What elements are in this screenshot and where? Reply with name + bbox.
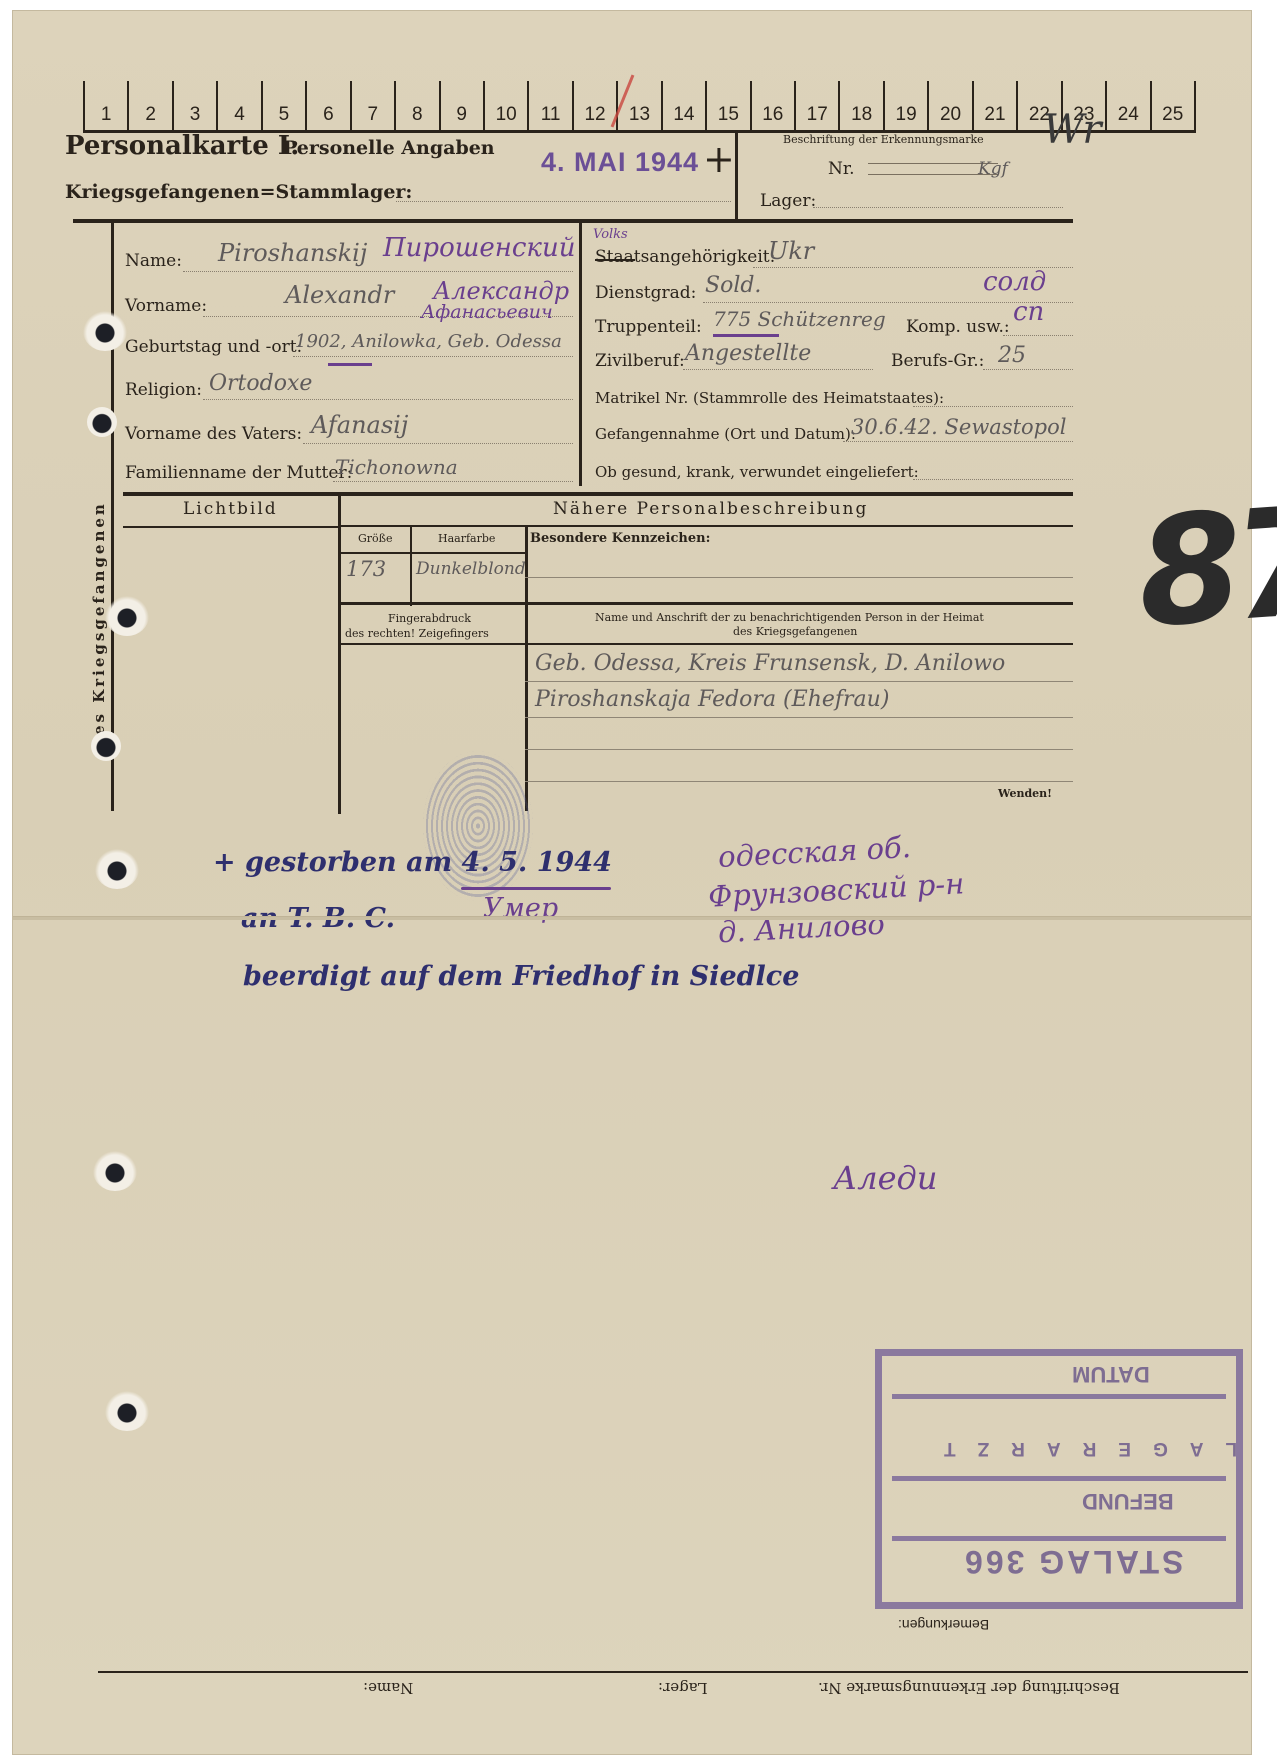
stamp-datum-text: DATUM <box>1072 1361 1150 1387</box>
strip-cell-10: 10 <box>483 81 527 130</box>
gefangennahme-label: Gefangennahme (Ort und Datum): <box>595 425 856 443</box>
berufsgr-label: Berufs-Gr.: <box>891 351 984 371</box>
large-handwritten-number: 87 <box>1132 475 1277 662</box>
nr-label: Nr. <box>828 159 855 179</box>
strip-cell-2: 2 <box>127 81 171 130</box>
contact-line-rule-3 <box>525 749 1073 750</box>
strip-cell-15: 15 <box>705 81 749 130</box>
strip-cell-20: 20 <box>927 81 971 130</box>
contact-line-1: Geb. Odessa, Kreis Frunsensk, D. Anilowo <box>535 651 1005 676</box>
geburt-label: Geburtstag und -ort: <box>125 337 302 357</box>
vater-dotted <box>303 443 573 444</box>
strip-cell-19: 19 <box>883 81 927 130</box>
address-cyrillic-1: одесская об. <box>717 830 911 874</box>
dienstgrad-cyrillic: солд <box>983 267 1046 297</box>
year-underline <box>328 363 372 366</box>
strip-cell-11: 11 <box>527 81 571 130</box>
strip-cell-21: 21 <box>972 81 1016 130</box>
footer-beschriftung-label: Beschriftung der Erkennungsmarke Nr. <box>818 1679 1120 1697</box>
contact-line-rule-4 <box>525 781 1073 782</box>
stamp-stalag: STALAG 366 <box>962 1542 1183 1580</box>
matrikel-dotted <box>913 406 1073 407</box>
contact-rule <box>338 643 1073 645</box>
strip-cell-13: 13 <box>616 81 660 130</box>
vater-value: Afanasij <box>311 411 408 439</box>
address-cyrillic-2: Фрунзовский р-н <box>707 866 965 913</box>
strip-cell-17: 17 <box>794 81 838 130</box>
truppenteil-underline <box>713 334 779 337</box>
punch-hole <box>95 849 139 889</box>
lichtbild-label: Lichtbild <box>183 499 278 519</box>
groesse-value: 173 <box>346 557 386 581</box>
patronymic-cyrillic: Афанасьевич <box>421 301 553 323</box>
death-line-2: an T. B. C. <box>241 903 395 934</box>
punch-hole <box>91 731 121 761</box>
vater-label: Vorname des Vaters: <box>125 424 302 444</box>
strip-cell-12: 12 <box>572 81 616 130</box>
komp-value: сп <box>1013 297 1044 327</box>
footer-name-label: Name: <box>363 1679 413 1697</box>
contact-line-rule-1 <box>525 681 1073 682</box>
religion-label: Religion: <box>125 380 202 400</box>
header-divider <box>735 133 738 219</box>
stamp-befund: BEFUND <box>1082 1488 1174 1514</box>
komp-dotted <box>1003 335 1073 336</box>
stammlager-label: Kriegsgefangenen=Stammlager: <box>65 181 412 203</box>
strip-cell-9: 9 <box>439 81 483 130</box>
strip-cell-8: 8 <box>394 81 438 130</box>
strip-cell-24: 24 <box>1105 81 1149 130</box>
haarfarbe-value: Dunkelblond <box>416 559 526 579</box>
footer-lager-label: Lager: <box>658 1679 708 1697</box>
vorname-value: Alexandr <box>285 281 394 309</box>
stamp-datum: DATUM <box>1072 1361 1150 1387</box>
religion-value: Ortodoxe <box>209 371 312 396</box>
mutter-value: Tichonowna <box>335 455 458 479</box>
name-label: Name: <box>125 251 182 271</box>
berufsgr-dotted <box>983 369 1073 370</box>
contact-label-2: des Kriegsgefangenen <box>733 625 857 638</box>
lichtbild-rule <box>123 526 338 528</box>
strip-cell-16: 16 <box>750 81 794 130</box>
komp-label: Komp. usw.: <box>906 317 1010 337</box>
finger-rule <box>338 602 1073 605</box>
stammlager-field[interactable] <box>396 201 731 202</box>
contact-line-2: Piroshanskaja Fedora (Ehefrau) <box>535 687 889 712</box>
cross-mark: + <box>703 137 735 181</box>
punch-hole <box>83 311 127 351</box>
lichtbild-divider <box>338 494 341 814</box>
personalkarte-card: 1234567891011121314151617181920212223242… <box>12 10 1252 1755</box>
fingerprint-impression <box>423 751 533 901</box>
geburt-value: 1902, Anilowka, Geb. Odessa <box>295 331 562 352</box>
date-stamp: 4. MAI 1944 <box>541 147 699 178</box>
gefangennahme-value: 30.6.42. Sewastopol <box>851 415 1066 439</box>
punch-hole <box>105 596 149 636</box>
groesse-divider <box>410 526 412 606</box>
matrikel-label: Matrikel Nr. (Stammrolle des Heimatstaat… <box>595 389 944 407</box>
card-title: Personalkarte I: <box>65 131 300 161</box>
zivilberuf-value: Angestellte <box>685 341 811 366</box>
name-dotted <box>183 271 573 272</box>
side-label: Des Kriegsgefangenen <box>90 431 120 751</box>
groesse-label: Größe <box>358 532 393 545</box>
naehere-label: Nähere Personalbeschreibung <box>553 499 868 519</box>
strip-cell-1: 1 <box>83 81 127 130</box>
death-line-3: beerdigt auf dem Friedhof in Siedlce <box>243 961 799 992</box>
strip-cell-25: 25 <box>1150 81 1196 130</box>
personal-military-divider <box>579 221 582 486</box>
strip-cell-14: 14 <box>661 81 705 130</box>
kennzeichen-label: Besondere Kennzeichen: <box>530 531 710 546</box>
contact-line-rule-2 <box>525 717 1073 718</box>
gefangennahme-dotted <box>843 441 1073 442</box>
death-date-underline <box>461 887 611 890</box>
punch-hole <box>87 407 117 437</box>
stamp-lagerarzt: LAGERARZT <box>922 1436 1237 1459</box>
death-line-1: + gestorben am 4. 5. 1944 <box>213 847 612 878</box>
strip-cell-7: 7 <box>350 81 394 130</box>
haarfarbe-label: Haarfarbe <box>438 532 495 545</box>
zivilberuf-dotted <box>683 369 873 370</box>
nr-value: Kgf <box>978 159 1008 179</box>
berufsgr-value: 25 <box>998 343 1026 368</box>
punch-hole <box>93 1151 137 1191</box>
punch-hole <box>105 1391 149 1431</box>
stamp-stalag-text: STALAG 366 <box>962 1543 1183 1580</box>
kennzeichen-line <box>525 577 1073 578</box>
lager-label: Lager: <box>760 191 816 211</box>
finger-label-1: Fingerabdruck <box>388 612 471 625</box>
corner-initials: Wr <box>1043 107 1101 153</box>
groesse-rule <box>338 552 525 554</box>
staats-label: Staatsangehörigkeit: <box>595 247 775 267</box>
strip-cell-6: 6 <box>305 81 349 130</box>
name-cyrillic: Пирошенский <box>383 233 575 263</box>
truppenteil-value: 775 Schützenreg <box>713 307 886 331</box>
stamp-befund-text: BEFUND <box>1082 1488 1174 1514</box>
erkennungsmarke-label: Beschriftung der Erkennungsmarke <box>783 133 984 146</box>
lager-field[interactable] <box>813 207 1063 208</box>
naehere-rule <box>338 525 1073 527</box>
volks-note: Volks <box>593 227 628 242</box>
bemerkungen-text: Bemerkungen: <box>898 1617 989 1633</box>
geburt-dotted <box>293 356 573 357</box>
mirrored-footer: Name: Lager: Beschriftung der Erkennungs… <box>98 1671 1248 1701</box>
gesund-label: Ob gesund, krank, verwundet eingeliefert… <box>595 463 919 481</box>
address-cyrillic-3: д. Анилово <box>717 907 885 950</box>
staats-strikethrough <box>595 259 635 261</box>
name-value: Piroshanskij <box>218 239 367 267</box>
zivilberuf-label: Zivilberuf: <box>595 351 685 371</box>
dienstgrad-value: Sold. <box>705 273 761 298</box>
strip-cell-18: 18 <box>838 81 882 130</box>
dienstgrad-label: Dienstgrad: <box>595 283 696 303</box>
wenden-label: Wenden! <box>998 787 1052 800</box>
vorname-label: Vorname: <box>125 296 207 316</box>
contact-label-1: Name und Anschrift der zu benachrichtige… <box>595 611 984 624</box>
stamp-lagerarzt-text: LAGERARZT <box>922 1437 1237 1459</box>
signature: Аледи <box>833 1159 937 1197</box>
strip-cell-5: 5 <box>261 81 305 130</box>
card-subtitle: Personelle Angaben <box>283 137 495 159</box>
description-top-rule <box>123 492 1073 496</box>
finger-label-2: des rechten! Zeigefingers <box>345 627 489 640</box>
staats-value: Ukr <box>768 237 814 265</box>
mutter-dotted <box>333 481 573 482</box>
religion-dotted <box>203 399 573 400</box>
bemerkungen-label: Bemerkungen: <box>898 1617 989 1634</box>
header-rule <box>73 219 1073 223</box>
number-strip: 1234567891011121314151617181920212223242… <box>83 81 1196 133</box>
death-cyrillic: Умер <box>483 893 558 924</box>
strip-cell-4: 4 <box>216 81 260 130</box>
stalag-stamp: DATUM LAGERARZT BEFUND STALAG 366 <box>875 1349 1243 1609</box>
truppenteil-label: Truppenteil: <box>595 317 702 337</box>
strip-cell-3: 3 <box>172 81 216 130</box>
mutter-label: Familienname der Mutter: <box>125 463 352 483</box>
gesund-dotted <box>913 479 1073 480</box>
